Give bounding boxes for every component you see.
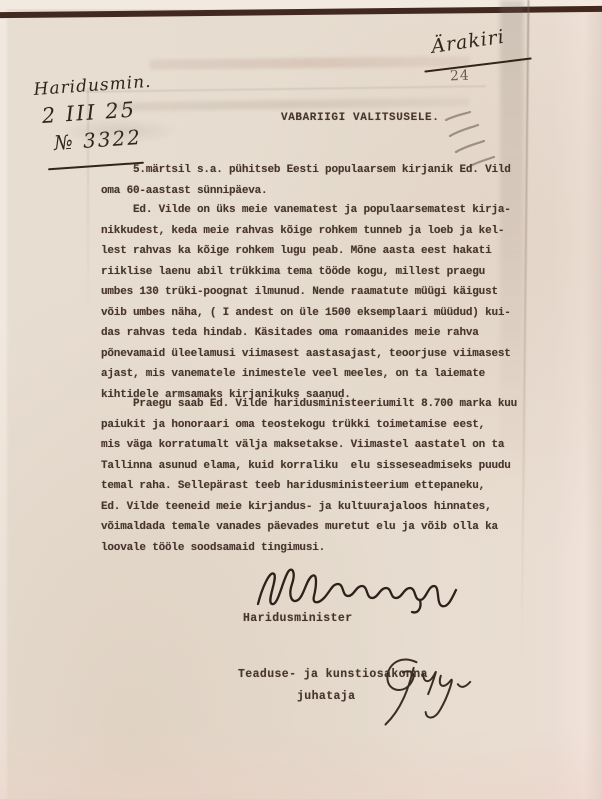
letter-paragraph-2: Ed. Vilde on üks meie vanematest ja popu…: [101, 200, 541, 405]
page-number: 24: [450, 68, 470, 85]
photo-bottom-tint: [0, 729, 602, 799]
minister-title: Haridusminister: [243, 612, 353, 625]
department-title-line2: juhataja: [297, 690, 355, 703]
letter-recipient: VABARIIGI VALITSUSELE.: [281, 112, 439, 124]
department-head-signature: [372, 650, 482, 740]
letter-paragraph-3: Praegu saab Ed. Vilde haridusministeeriu…: [101, 394, 541, 558]
bleedthrough-mark: [110, 97, 470, 111]
registry-note-office: Haridusmin.: [33, 72, 152, 100]
minister-signature: [252, 560, 462, 615]
bleedthrough-mark: [150, 56, 470, 69]
copy-label: Ärakiri: [430, 26, 506, 58]
document-photo: Haridusmin. 2 III 25 № 3322 Ärakiri 24 V…: [0, 0, 602, 799]
registry-note-number: № 3322: [53, 125, 143, 155]
letter-paragraph-1: 5.märtsil s.a. pühitseb Eesti populaarse…: [101, 160, 541, 201]
